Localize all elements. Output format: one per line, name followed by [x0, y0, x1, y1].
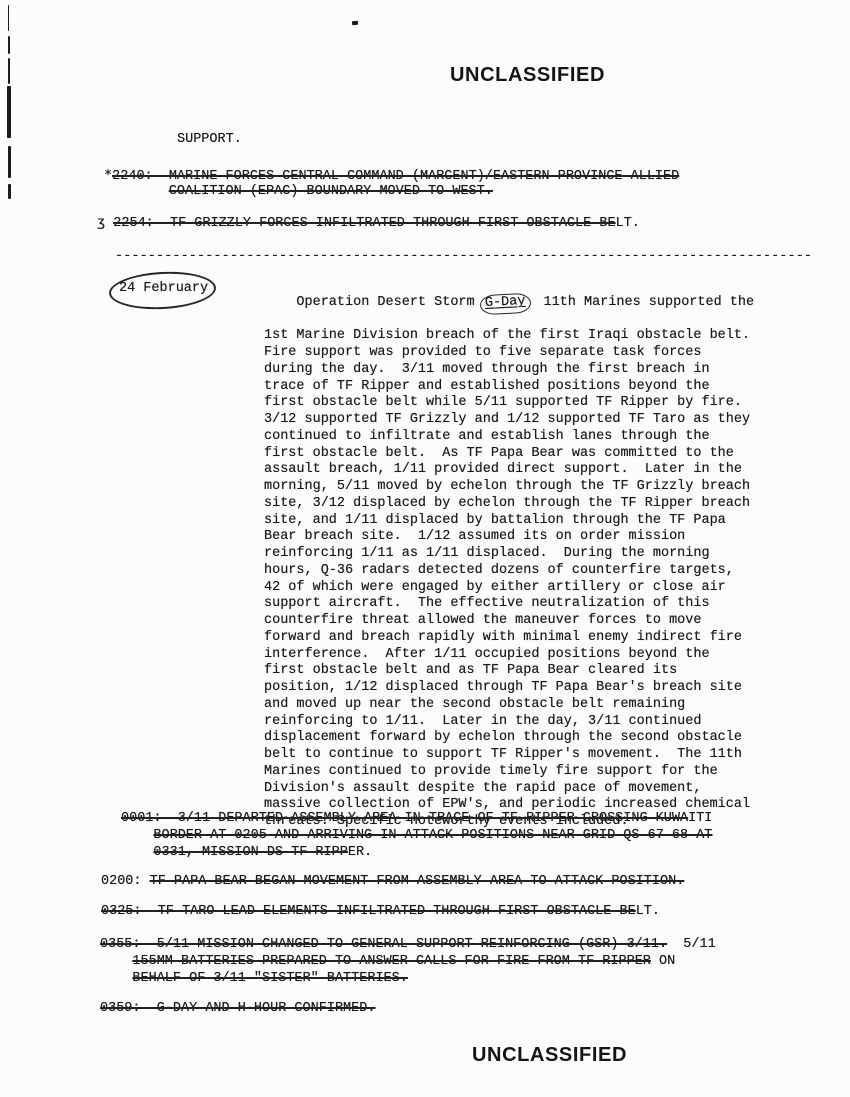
- text-line: *2240: MARINE FORCES CENTRAL COMMAND (MA…: [104, 167, 679, 184]
- log-entry-0355: 0355: 5/11 MISSION CHANGED TO GENERAL SU…: [100, 937, 716, 987]
- log-entry-2240: *2240: MARINE FORCES CENTRAL COMMAND (MA…: [104, 167, 679, 201]
- footer-classification: UNCLASSIFIED: [472, 1044, 627, 1067]
- strikethrough-text: 0359: G-DAY AND H-HOUR CONFIRMED.: [100, 1001, 375, 1016]
- text-segment: 0200:: [101, 874, 150, 889]
- text-segment: ITI: [688, 811, 712, 826]
- strikethrough-text: TF PAPA BEAR BEGAN MOVEMENT FROM ASSEMBL…: [150, 874, 685, 889]
- text-line: 0325: TF TARO LEAD ELEMENTS INFILTRATED …: [101, 904, 660, 921]
- entry-body-text: 1st Marine Division breach of the first …: [264, 328, 754, 831]
- text-segment: [121, 828, 153, 843]
- text-segment: ON: [651, 954, 675, 969]
- strikethrough-text: 2254: TF GRIZZLY FORCES INFILTRATED THRO…: [113, 216, 615, 231]
- strikethrough-text: 155MM BATTERIES PREPARED TO ANSWER CALLS…: [132, 954, 650, 969]
- text-segment: [100, 971, 132, 986]
- strikethrough-text: 0325: TF TARO LEAD ELEMENTS INFILTRATED …: [101, 904, 636, 919]
- entry-body-first-line: Operation Desert Storm G-Day 11th Marine…: [264, 278, 754, 328]
- text-line: BEHALF OF 3/11 "SISTER" BATTERIES.: [100, 971, 716, 988]
- log-entry-0001: 0001: 3/11 DEPARTED ASSEMBLY AREA IN TRA…: [121, 811, 712, 861]
- text-line: ʒ 2254: TF GRIZZLY FORCES INFILTRATED TH…: [97, 214, 640, 231]
- support-continuation-line: SUPPORT.: [177, 132, 242, 149]
- scan-artifact-line: [8, 146, 11, 178]
- scan-artifact-line: [8, 58, 10, 84]
- text-segment: [104, 184, 169, 199]
- gday-circled-text: G-Day: [479, 292, 530, 314]
- strikethrough-text: 0001: 3/11 DEPARTED ASSEMBLY AREA IN TRA…: [121, 811, 688, 826]
- body-line1-prefix: Operation Desert Storm: [296, 295, 482, 310]
- header-classification: UNCLASSIFIED: [450, 64, 605, 87]
- text-segment: LT.: [636, 904, 660, 919]
- strikethrough-text: 0355: 5/11 MISSION CHANGED TO GENERAL SU…: [100, 937, 667, 952]
- text-line: 0001: 3/11 DEPARTED ASSEMBLY AREA IN TRA…: [121, 811, 712, 828]
- scan-artifact-line: [7, 86, 11, 138]
- text-segment: LT.: [616, 216, 640, 231]
- scan-speck: [352, 21, 358, 25]
- text-line: BORDER AT 0205 AND ARRIVING IN ATTACK PO…: [121, 828, 712, 845]
- log-entry-2254: ʒ 2254: TF GRIZZLY FORCES INFILTRATED TH…: [97, 214, 640, 231]
- scanned-document-page: { "classification": { "header": "UNCLASS…: [0, 0, 850, 1097]
- text-line: COALITION (EPAC) BOUNDARY MOVED TO WEST.: [104, 184, 679, 201]
- text-line: 0200: TF PAPA BEAR BEGAN MOVEMENT FROM A…: [101, 874, 684, 891]
- handwritten-marker: ʒ: [97, 214, 113, 230]
- text-segment: [121, 845, 153, 860]
- strikethrough-text: 2240: MARINE FORCES CENTRAL COMMAND (MAR…: [112, 169, 679, 184]
- handwritten-marker: *: [104, 167, 112, 183]
- log-entry-0325: 0325: TF TARO LEAD ELEMENTS INFILTRATED …: [101, 904, 660, 921]
- strikethrough-text: BEHALF OF 3/11 "SISTER" BATTERIES.: [132, 971, 407, 986]
- strikethrough-text: COALITION (EPAC) BOUNDARY MOVED TO WEST.: [169, 184, 493, 199]
- text-line: 155MM BATTERIES PREPARED TO ANSWER CALLS…: [100, 954, 716, 971]
- scan-artifact-line: [8, 5, 9, 31]
- scan-artifact-line: [8, 184, 11, 199]
- log-entry-0359: 0359: G-DAY AND H-HOUR CONFIRMED.: [100, 1001, 375, 1018]
- text-line: 0359: G-DAY AND H-HOUR CONFIRMED.: [100, 1001, 375, 1018]
- text-segment: 5/11: [667, 937, 716, 952]
- strikethrough-text: 0331, MISSION DS TF RIPP: [153, 845, 347, 860]
- scan-artifact-line: [8, 36, 10, 54]
- entry-date: 24 February: [119, 281, 208, 298]
- entry-body: Operation Desert Storm G-Day 11th Marine…: [264, 278, 754, 831]
- text-segment: ER.: [348, 845, 372, 860]
- log-entry-0200: 0200: TF PAPA BEAR BEGAN MOVEMENT FROM A…: [101, 874, 684, 891]
- text-line: 0331, MISSION DS TF RIPPER.: [121, 845, 712, 862]
- text-line: 0355: 5/11 MISSION CHANGED TO GENERAL SU…: [100, 937, 716, 954]
- body-line1-suffix: 11th Marines supported the: [527, 295, 754, 310]
- dashed-separator: ----------------------------------------…: [115, 249, 812, 266]
- strikethrough-text: BORDER AT 0205 AND ARRIVING IN ATTACK PO…: [153, 828, 712, 843]
- text-segment: [100, 954, 132, 969]
